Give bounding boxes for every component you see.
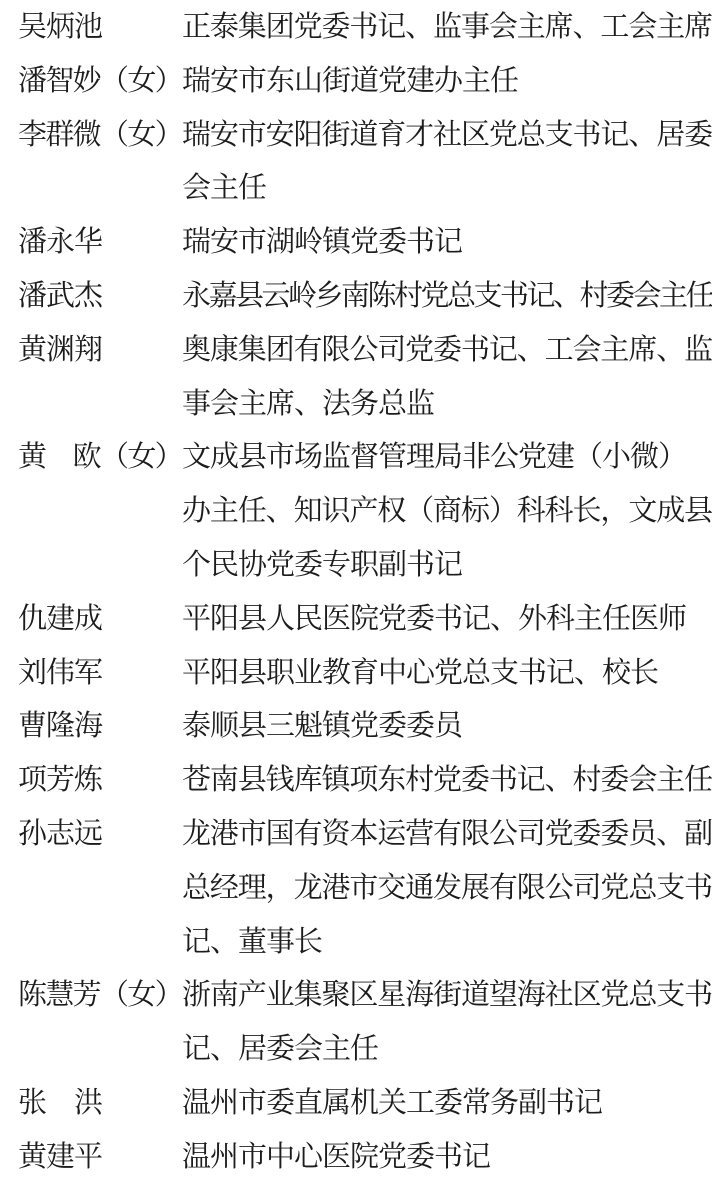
position-line: 瑞安市安阳街道育才社区党总支书记、居委: [182, 109, 712, 163]
person-position: 浙南产业集聚区星海街道望海社区党总支书记、居委会主任: [182, 969, 712, 1077]
position-line: 奥康集团有限公司党委书记、工会主席、监: [182, 324, 712, 378]
person-name: 潘武杰: [18, 270, 182, 324]
list-item: 孙志远 龙港市国有资本运营有限公司党委委员、副总经理，龙港市交通发展有限公司党总…: [18, 808, 712, 969]
position-line: 办主任、知识产权（商标）科科长，文成县: [182, 485, 712, 539]
person-name: 潘智妙（女）: [18, 55, 182, 109]
person-position: 永嘉县云岭乡南陈村党总支书记、村委会主任: [182, 270, 712, 324]
list-item: 潘武杰 永嘉县云岭乡南陈村党总支书记、村委会主任: [18, 270, 712, 324]
person-position: 温州市中心医院党委书记: [182, 1131, 712, 1184]
position-line: 平阳县职业教育中心党总支书记、校长: [182, 647, 712, 701]
person-name: 潘永华: [18, 216, 182, 270]
person-position: 瑞安市安阳街道育才社区党总支书记、居委会主任: [182, 109, 712, 217]
position-line: 苍南县钱库镇项东村党委书记、村委会主任: [182, 754, 712, 808]
list-item: 吴炳池 正泰集团党委书记、监事会主席、工会主席: [18, 1, 712, 55]
position-line: 事会主席、法务总监: [182, 378, 712, 432]
person-name: 项芳炼: [18, 754, 182, 808]
list-item: 黄建平 温州市中心医院党委书记: [18, 1131, 712, 1184]
list-item: 仇建成 平阳县人民医院党委书记、外科主任医师: [18, 593, 712, 647]
position-line: 龙港市国有资本运营有限公司党委委员、副: [182, 808, 712, 862]
person-position: 奥康集团有限公司党委书记、工会主席、监事会主席、法务总监: [182, 324, 712, 432]
person-name: 孙志远: [18, 808, 182, 862]
position-line: 会主任: [182, 162, 712, 216]
person-name: 陈慧芳（女）: [18, 969, 182, 1023]
position-line: 正泰集团党委书记、监事会主席、工会主席: [182, 1, 712, 55]
position-line: 瑞安市东山街道党建办主任: [182, 55, 712, 109]
list-item: 潘智妙（女） 瑞安市东山街道党建办主任: [18, 55, 712, 109]
list-item: 李群微（女） 瑞安市安阳街道育才社区党总支书记、居委会主任: [18, 109, 712, 217]
person-name: 黄建平: [18, 1131, 182, 1184]
person-name: 吴炳池: [18, 1, 182, 55]
person-name: 李群微（女）: [18, 109, 182, 163]
position-line: 永嘉县云岭乡南陈村党总支书记、村委会主任: [182, 270, 712, 324]
person-name: 黄 欧（女）: [18, 431, 182, 485]
position-line: 记、居委会主任: [182, 1023, 712, 1077]
person-name: 仇建成: [18, 593, 182, 647]
position-line: 瑞安市湖岭镇党委书记: [182, 216, 712, 270]
position-line: 个民协党委专职副书记: [182, 539, 712, 593]
position-line: 泰顺县三魁镇党委委员: [182, 700, 712, 754]
position-line: 记、董事长: [182, 916, 712, 970]
person-position: 平阳县人民医院党委书记、外科主任医师: [182, 593, 712, 647]
person-name: 黄渊翔: [18, 324, 182, 378]
position-line: 温州市委直属机关工委常务副书记: [182, 1077, 712, 1131]
person-position: 平阳县职业教育中心党总支书记、校长: [182, 647, 712, 701]
person-name: 曹隆海: [18, 700, 182, 754]
list-item: 张 洪 温州市委直属机关工委常务副书记: [18, 1077, 712, 1131]
position-line: 文成县市场监督管理局非公党建（小微）: [182, 431, 712, 485]
list-item: 刘伟军 平阳县职业教育中心党总支书记、校长: [18, 647, 712, 701]
person-position: 文成县市场监督管理局非公党建（小微）办主任、知识产权（商标）科科长，文成县个民协…: [182, 431, 712, 592]
position-line: 总经理，龙港市交通发展有限公司党总支书: [182, 862, 712, 916]
position-line: 温州市中心医院党委书记: [182, 1131, 712, 1184]
list-item: 曹隆海 泰顺县三魁镇党委委员: [18, 700, 712, 754]
position-line: 浙南产业集聚区星海街道望海社区党总支书: [182, 969, 712, 1023]
person-name: 张 洪: [18, 1077, 182, 1131]
list-item: 项芳炼 苍南县钱库镇项东村党委书记、村委会主任: [18, 754, 712, 808]
person-position: 苍南县钱库镇项东村党委书记、村委会主任: [182, 754, 712, 808]
person-position: 温州市委直属机关工委常务副书记: [182, 1077, 712, 1131]
person-position: 正泰集团党委书记、监事会主席、工会主席: [182, 1, 712, 55]
person-name: 刘伟军: [18, 647, 182, 701]
person-position: 龙港市国有资本运营有限公司党委委员、副总经理，龙港市交通发展有限公司党总支书记、…: [182, 808, 712, 969]
list-item: 陈慧芳（女） 浙南产业集聚区星海街道望海社区党总支书记、居委会主任: [18, 969, 712, 1077]
person-position: 瑞安市东山街道党建办主任: [182, 55, 712, 109]
position-line: 平阳县人民医院党委书记、外科主任医师: [182, 593, 712, 647]
document-page: 吴炳池 正泰集团党委书记、监事会主席、工会主席 潘智妙（女） 瑞安市东山街道党建…: [0, 0, 728, 1184]
list-item: 潘永华 瑞安市湖岭镇党委书记: [18, 216, 712, 270]
list-item: 黄渊翔 奥康集团有限公司党委书记、工会主席、监事会主席、法务总监: [18, 324, 712, 432]
list-item: 黄 欧（女） 文成县市场监督管理局非公党建（小微）办主任、知识产权（商标）科科长…: [18, 431, 712, 592]
person-position: 瑞安市湖岭镇党委书记: [182, 216, 712, 270]
person-position: 泰顺县三魁镇党委委员: [182, 700, 712, 754]
